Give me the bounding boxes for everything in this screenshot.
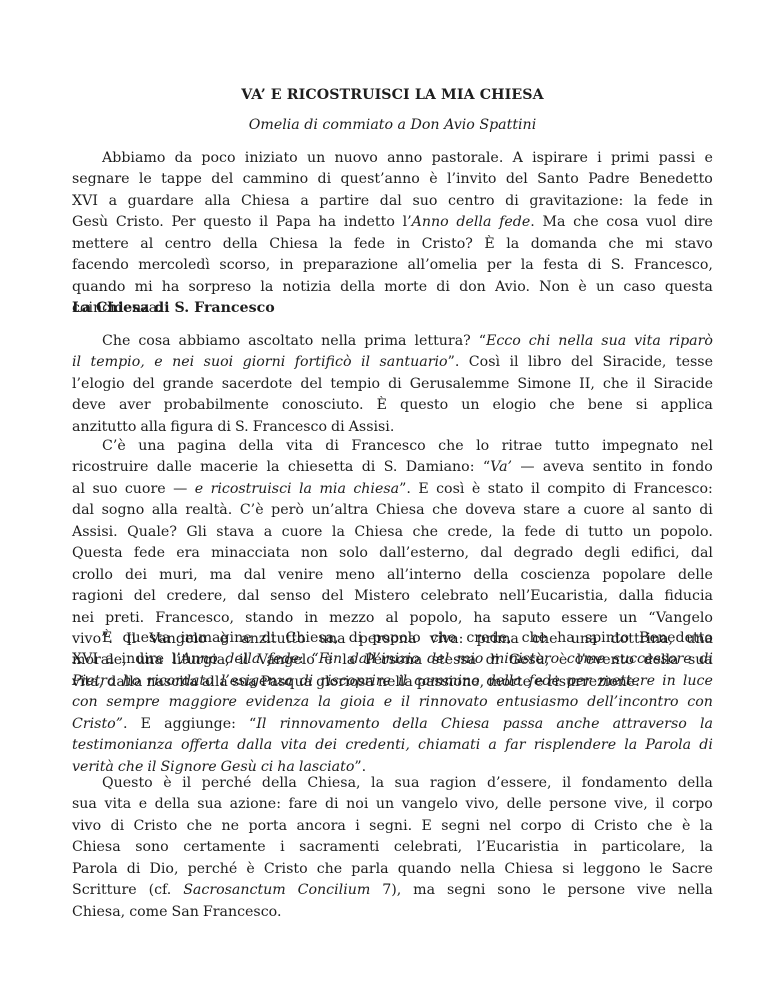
word: celebrati,: [394, 837, 462, 858]
word: Padre: [588, 169, 630, 190]
word: doveva: [465, 500, 516, 521]
text-line: Pietrohoricordatol’esigenzadiriscoprirei…: [72, 671, 713, 692]
word: Chiesa: [269, 234, 318, 255]
word: Gesù: [72, 212, 108, 233]
word: mio: [457, 649, 484, 670]
word: di: [362, 457, 376, 478]
word: degrado: [514, 543, 573, 564]
word: attraverso: [613, 714, 687, 735]
word: la: [371, 773, 384, 794]
word: di: [349, 628, 363, 649]
word: fondamento: [582, 773, 668, 794]
word: Chiesa,: [72, 902, 125, 923]
word: E: [422, 816, 432, 837]
word: ritrae: [502, 436, 543, 457]
word: applica: [661, 395, 713, 416]
word: —: [520, 457, 534, 478]
word: riparò: [669, 331, 713, 352]
word: il: [72, 352, 81, 373]
word: indetto: [344, 212, 395, 233]
word: Gli: [186, 522, 206, 543]
word: far: [505, 735, 526, 756]
word: probabilmente: [164, 395, 269, 416]
word: ha: [162, 277, 180, 298]
word: l’invito: [447, 169, 497, 190]
word: al: [632, 500, 645, 521]
word: che: [187, 816, 212, 837]
word: primi: [611, 148, 649, 169]
word: del: [300, 374, 322, 395]
word: chi: [529, 331, 551, 352]
text-line: Cristo”.Eaggiunge:“IlrinnovamentodellaCh…: [72, 714, 713, 735]
text-line: ÈquestaimmaginediChiesa,dipopolochecrede…: [72, 628, 713, 649]
word: celebrato: [421, 586, 489, 607]
word: a: [567, 500, 575, 521]
word: con: [72, 692, 98, 713]
word: un: [307, 148, 325, 169]
word: alla: [152, 500, 178, 521]
text-line: consempremaggioreevidenzalagioiaeilrinno…: [72, 692, 713, 713]
word: C’è: [240, 500, 264, 521]
word: come: [567, 649, 605, 670]
word: Sacrosanctum: [183, 880, 286, 901]
text-line: facendomercoledìscorso,inpreparazioneall…: [72, 255, 713, 276]
word: cosa: [606, 212, 638, 233]
word: Damiano:: [406, 457, 475, 478]
text-line: QuestoèilperchédellaChiesa,lasuaragiond’…: [72, 773, 713, 794]
word: Siracide,: [602, 352, 666, 373]
word: nel: [489, 816, 511, 837]
word: macerie: [200, 457, 258, 478]
word: di: [325, 794, 339, 815]
word: crede,: [447, 522, 492, 543]
word: azione:: [230, 794, 281, 815]
word: e: [704, 148, 712, 169]
word: segni: [447, 880, 485, 901]
word: come: [129, 902, 167, 923]
word: il: [398, 671, 407, 692]
text-line: ParoladiDio,perchéèCristocheparlaquandon…: [72, 859, 713, 880]
word: Cristo: [264, 859, 308, 880]
word: Assisi.: [349, 417, 395, 438]
word: di: [325, 436, 339, 457]
word: Cristo: [594, 816, 638, 837]
word: la: [700, 714, 713, 735]
word: fondo: [672, 457, 713, 478]
word: XVI: [72, 649, 98, 670]
word: mi: [135, 277, 153, 298]
word: facendo: [72, 255, 129, 276]
word: di: [699, 735, 713, 756]
word: mezzo: [329, 608, 374, 629]
word: delle: [507, 794, 542, 815]
word: sono: [135, 837, 169, 858]
word: fede.: [499, 212, 535, 233]
word: che: [522, 628, 547, 649]
word: stavo: [675, 234, 713, 255]
word: mettere: [598, 671, 655, 692]
word: il: [655, 794, 664, 815]
word: stando: [245, 608, 293, 629]
word: Francesco,: [634, 255, 713, 276]
word: Chiesa,: [307, 773, 360, 794]
word: vuol: [646, 212, 676, 233]
word: non: [301, 543, 328, 564]
word: perché: [188, 859, 238, 880]
word: la: [506, 234, 519, 255]
word: luce: [683, 671, 713, 692]
word: Chiesa: [354, 522, 403, 543]
word: immagine: [181, 628, 252, 649]
word: dell’incontro: [587, 692, 678, 713]
word: nella: [460, 859, 495, 880]
word: che: [432, 500, 457, 521]
word: cammino: [414, 671, 480, 692]
word: ricostruire: [72, 457, 148, 478]
word: cosa: [138, 331, 170, 352]
word: questo: [400, 395, 448, 416]
word: “Fin: [311, 649, 342, 670]
text-line: C’èunapaginadellavitadiFrancescochelorit…: [72, 436, 713, 457]
word: popolo: [372, 628, 420, 649]
word: la: [700, 816, 713, 837]
word: i: [355, 816, 360, 837]
word: poco: [201, 148, 235, 169]
word: tutto: [555, 436, 590, 457]
word: in: [304, 608, 318, 629]
word: maggiore: [169, 692, 237, 713]
word: rinnovamento: [280, 714, 380, 735]
word: santo: [653, 500, 692, 521]
word: nei: [72, 608, 94, 629]
word: vita: [104, 794, 131, 815]
word: fare: [289, 794, 318, 815]
word: ha: [557, 628, 575, 649]
word: preti.: [105, 608, 144, 629]
word: del: [506, 169, 528, 190]
word: lettura?: [414, 331, 470, 352]
word: della: [239, 436, 274, 457]
word: è: [163, 773, 171, 794]
word: prima: [364, 331, 406, 352]
word: ne: [222, 816, 240, 837]
word: dalla: [619, 586, 654, 607]
word: la: [502, 522, 515, 543]
word: S.: [611, 255, 625, 276]
word: dei: [125, 565, 147, 586]
word: passi: [659, 148, 696, 169]
word: fede: [525, 522, 556, 543]
word: di: [565, 522, 579, 543]
word: ha: [318, 212, 336, 233]
word: la: [700, 837, 713, 858]
word: Benedetto: [639, 628, 713, 649]
word: che: [317, 859, 342, 880]
word: quest’anno: [340, 169, 419, 190]
word: Scritture: [72, 880, 137, 901]
word: Gerusalemme: [410, 374, 510, 395]
word: sogno: [102, 500, 145, 521]
word: sua: [395, 773, 420, 794]
word: È: [377, 395, 387, 416]
word: la: [521, 255, 534, 276]
word: abbiamo: [179, 331, 241, 352]
word: Cristo”.: [72, 714, 127, 735]
word: domanda: [531, 234, 597, 255]
word: dalle: [157, 457, 192, 478]
word: i: [597, 148, 602, 169]
word: partire: [319, 191, 369, 212]
word: della: [678, 773, 713, 794]
word: l’Anno: [172, 649, 218, 670]
word: perché: [202, 773, 252, 794]
word: nell’Eucaristia,: [499, 586, 608, 607]
word: È: [484, 234, 494, 255]
word: Chiesa: [241, 191, 290, 212]
word: fede:: [268, 649, 304, 670]
word: giorni: [243, 352, 286, 373]
word: un: [461, 395, 479, 416]
word: ascoltato: [248, 331, 313, 352]
word: stato: [488, 479, 524, 500]
word: evidenza: [246, 692, 310, 713]
word: Benedetto: [639, 169, 713, 190]
word: mettere: [72, 234, 129, 255]
word: è: [429, 169, 437, 190]
text-line: metterealcentrodellaChiesalafedeinCristo…: [72, 234, 713, 255]
word: della: [155, 794, 190, 815]
word: sentito: [593, 457, 642, 478]
word: la: [318, 692, 331, 713]
word: Cristo: [134, 816, 178, 837]
word: sempre: [106, 692, 159, 713]
word: d’essere,: [487, 773, 552, 794]
word: al: [140, 234, 153, 255]
word: Simone: [517, 374, 571, 395]
text-line: vivodiCristocheneportaancoraisegni.Esegn…: [72, 816, 713, 837]
word: questo: [203, 212, 251, 233]
word: —: [173, 479, 187, 500]
word: a: [264, 522, 272, 543]
word: Siracide: [654, 374, 713, 395]
word: a: [300, 191, 308, 212]
word: entusiasmo: [496, 692, 578, 713]
word: della: [262, 773, 297, 794]
word: suo: [92, 479, 117, 500]
word: del: [571, 352, 593, 373]
word: Francesco: [253, 417, 327, 438]
word: ragion: [430, 773, 477, 794]
text-line: Scritture(cf.SacrosanctumConcilium7),mas…: [72, 880, 713, 901]
word: pagina: [177, 436, 226, 457]
word: segni.: [369, 816, 412, 837]
word: del: [427, 649, 449, 670]
word: tempio: [330, 374, 380, 395]
word: per: [487, 255, 511, 276]
text-line: suavitaedellasuaazione:faredinoiunvangel…: [72, 794, 713, 815]
word: il: [531, 479, 540, 500]
word: lo: [476, 436, 489, 457]
word: a: [106, 649, 114, 670]
word: l’Anno: [403, 212, 449, 233]
word: Mistero: [354, 586, 410, 607]
word: tesse: [676, 352, 713, 373]
word: sono: [497, 880, 531, 901]
word: che: [603, 374, 628, 395]
word: di: [699, 500, 713, 521]
text-line: GesùCristo.PerquestoilPapahaindettol’Ann…: [72, 212, 713, 233]
word: ha: [473, 608, 491, 629]
word: di: [388, 374, 402, 395]
word: Dio,: [150, 859, 179, 880]
word: elogio: [493, 395, 537, 416]
word: tappe: [161, 169, 202, 190]
word: pastorale.: [432, 148, 504, 169]
word: Cristo.: [116, 212, 164, 233]
word: Chiesa,: [285, 628, 338, 649]
word: S.: [235, 417, 249, 438]
word: e: [139, 794, 147, 815]
word: vive: [637, 880, 666, 901]
word: a: [109, 191, 117, 212]
word: il: [401, 692, 410, 713]
text-line: deveaverprobabilmenteconosciuto.Èquestou…: [72, 395, 713, 416]
word: in: [280, 255, 294, 276]
word: nella: [558, 331, 593, 352]
word: una: [138, 436, 165, 457]
word: di: [262, 628, 276, 649]
word: dalla: [237, 735, 272, 756]
text-line: anzituttoallafiguradiS.FrancescodiAssisi…: [72, 417, 713, 438]
word: a: [488, 735, 496, 756]
word: dal: [237, 586, 259, 607]
word: aver: [119, 395, 151, 416]
word: in: [699, 191, 713, 212]
word: fiducia: [664, 586, 713, 607]
paragraph-anno-della-fede: ÈquestaimmaginediChiesa,dipopolochecrede…: [72, 628, 713, 778]
word: dall’inizio: [350, 649, 420, 670]
word: leggono: [583, 859, 640, 880]
word: un: [376, 794, 394, 815]
word: della: [223, 234, 258, 255]
word: San: [172, 902, 199, 923]
word: di: [217, 417, 231, 438]
word: stare: [523, 500, 560, 521]
word: Avio.: [495, 277, 530, 298]
text-line: quandomihasorpresolanotiziadellamortedid…: [72, 277, 713, 298]
word: al: [385, 608, 398, 629]
word: nei: [172, 352, 194, 373]
word: sua: [601, 331, 626, 352]
word: l’Eucaristia: [477, 837, 559, 858]
word: grande: [163, 374, 214, 395]
word: della: [340, 277, 375, 298]
word: nuovo: [334, 148, 377, 169]
word: di: [300, 671, 314, 692]
word: da: [175, 148, 193, 169]
word: È: [102, 628, 112, 649]
word: delle: [678, 565, 713, 586]
section-heading: La Chiesa di S. Francesco: [72, 299, 275, 317]
word: indire: [122, 649, 164, 670]
word: alla: [204, 191, 230, 212]
word: di: [588, 255, 602, 276]
word: di: [331, 417, 345, 438]
word: anche: [556, 714, 599, 735]
word: e: [195, 479, 203, 500]
word: la: [299, 479, 312, 500]
text-line: Assisi.Quale?GlistavaacuorelaChiesachecr…: [72, 522, 713, 543]
word: centro: [448, 191, 495, 212]
word: libro: [528, 352, 561, 373]
word: sua: [72, 794, 97, 815]
word: è: [682, 816, 690, 837]
word: e: [154, 352, 162, 373]
word: corpo: [672, 794, 713, 815]
text-line: ragionidelcredere,dalsensodelMisterocele…: [72, 586, 713, 607]
text-line: Chiesa,comeSanFrancesco.: [72, 902, 713, 923]
word: tutto: [588, 522, 623, 543]
word: all’interno: [387, 565, 461, 586]
word: A: [513, 148, 523, 169]
word: il: [509, 352, 518, 373]
word: solo: [339, 543, 368, 564]
word: di: [505, 191, 519, 212]
word: Concilium: [298, 880, 371, 901]
word: di: [699, 649, 713, 670]
word: che: [608, 234, 633, 255]
text-line: iltempio,eneisuoigiornifortificòilsantua…: [72, 352, 713, 373]
word: ho: [123, 671, 141, 692]
word: vivo,: [465, 794, 499, 815]
word: figura: [170, 417, 213, 438]
word: per: [567, 671, 591, 692]
word: ancora: [296, 816, 345, 837]
word: parla: [351, 859, 388, 880]
word: bene: [588, 395, 623, 416]
word: dal: [380, 191, 402, 212]
word: un: [619, 608, 637, 629]
word: certamente: [183, 837, 265, 858]
word: stava: [216, 522, 254, 543]
word: della: [393, 714, 428, 735]
word: chiamati: [418, 735, 480, 756]
word: il: [361, 352, 370, 373]
word: II,: [579, 374, 595, 395]
word: impegnato: [602, 436, 678, 457]
word: di: [571, 816, 585, 837]
word: chiesa”.: [353, 479, 411, 500]
word: muri,: [159, 565, 197, 586]
text-line: crollodeimuri,madalveniremenoall’interno…: [72, 565, 713, 586]
word: caso: [623, 277, 655, 298]
word: compito: [547, 479, 605, 500]
word: E: [418, 479, 428, 500]
word: ricostruisci: [211, 479, 292, 500]
word: dal: [244, 565, 266, 586]
text-line: XVIaindirel’Annodellafede:“Findall’inizi…: [72, 649, 713, 670]
word: porta: [249, 816, 288, 837]
word: del: [211, 169, 233, 190]
word: dall’esterno,: [379, 543, 469, 564]
word: popolo.: [660, 522, 713, 543]
word: dal: [72, 500, 94, 521]
word: e: [384, 692, 392, 713]
word: dire: [684, 212, 713, 233]
text-line: Checosaabbiamoascoltatonellaprimalettura…: [72, 331, 713, 352]
word: di: [127, 859, 141, 880]
word: di: [111, 816, 125, 837]
